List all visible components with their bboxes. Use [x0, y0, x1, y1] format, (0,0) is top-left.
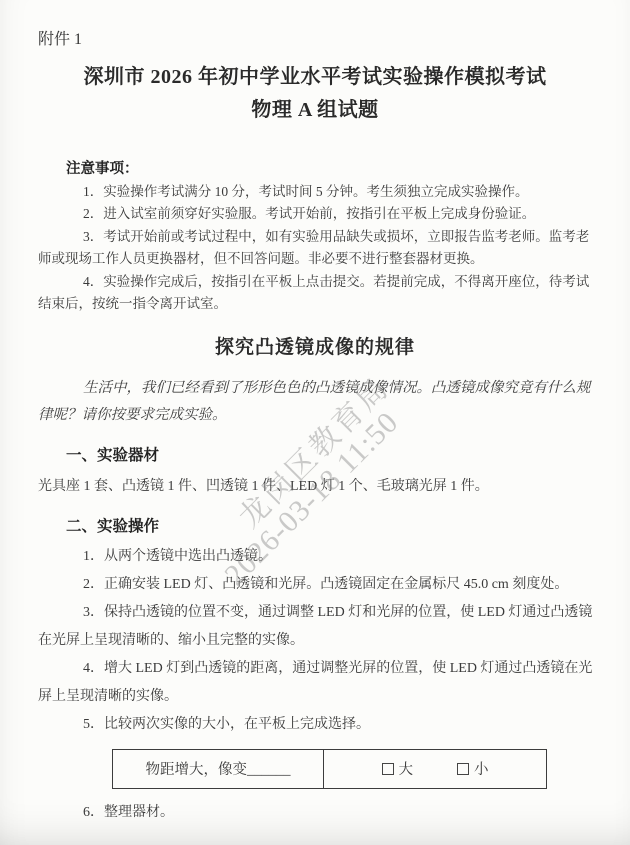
experiment-title: 探究凸透镜成像的规律: [0, 332, 630, 359]
note-item: 3．考试开始前或考试过程中，如有实验用品缺失或损坏，立即报告监考老师。监考老师或…: [38, 226, 600, 271]
exam-paper-page: 龙岗区教育局 2026-03-18 11:50 附件 1 深圳市 2026 年初…: [0, 0, 630, 845]
step-item: 1．从两个透镜中选出凸透镜。: [38, 543, 600, 571]
note-item: 2．进入试室前须穿好实验服。考试开始前，按指引在平板上完成身份验证。: [38, 203, 600, 226]
intro-paragraph: 生活中，我们已经看到了形形色色的凸透镜成像情况。凸透镜成像究竟有什么规律呢？请你…: [38, 375, 600, 429]
notes-section: 注意事项： 1．实验操作考试满分 10 分，考试时间 5 分钟。考生须独立完成实…: [38, 158, 600, 316]
page-title: 深圳市 2026 年初中学业水平考试实验操作模拟考试 物理 A 组试题: [0, 61, 630, 127]
section-equipment-heading: 一、实验器材: [38, 443, 600, 465]
section-operation-heading: 二、实验操作: [38, 514, 600, 536]
step-item: 6．整理器材。: [38, 799, 600, 827]
equipment-list: 光具座 1 套、凸透镜 1 件、凹透镜 1 件、LED 灯 1 个、毛玻璃光屏 …: [38, 473, 600, 500]
step-item: 2．正确安装 LED 灯、凸透镜和光屏。凸透镜固定在金属标尺 45.0 cm 刻…: [38, 571, 600, 599]
step-item: 3．保持凸透镜的位置不变，通过调整 LED 灯和光屏的位置，使 LED 灯通过凸…: [38, 599, 600, 655]
option-smaller[interactable]: 小: [457, 758, 489, 779]
operation-steps: 1．从两个透镜中选出凸透镜。 2．正确安装 LED 灯、凸透镜和光屏。凸透镜固定…: [0, 543, 630, 827]
checkbox-icon[interactable]: [457, 763, 469, 775]
page-title-line1: 深圳市 2026 年初中学业水平考试实验操作模拟考试: [0, 61, 630, 94]
step-item: 4．增大 LED 灯到凸透镜的距离，通过调整光屏的位置，使 LED 灯通过凸透镜…: [38, 655, 600, 711]
choice-prompt: 物距增大，像变______: [113, 750, 323, 788]
notes-heading: 注意事项：: [38, 158, 600, 181]
choice-options: 大 小: [323, 750, 546, 788]
note-item: 1．实验操作考试满分 10 分，考试时间 5 分钟。考生须独立完成实验操作。: [38, 181, 600, 204]
page-title-line2: 物理 A 组试题: [0, 94, 630, 127]
note-item: 4．实验操作完成后，按指引在平板上点击提交。若提前完成，不得离开座位，待考试结束…: [38, 271, 600, 316]
option-label: 小: [474, 758, 489, 779]
attachment-label: 附件 1: [38, 0, 630, 49]
choice-table: 物距增大，像变______ 大 小: [112, 749, 547, 789]
step-item: 5．比较两次实像的大小，在平板上完成选择。: [38, 711, 600, 739]
option-bigger[interactable]: 大: [382, 758, 414, 779]
checkbox-icon[interactable]: [382, 763, 394, 775]
option-label: 大: [399, 758, 414, 779]
